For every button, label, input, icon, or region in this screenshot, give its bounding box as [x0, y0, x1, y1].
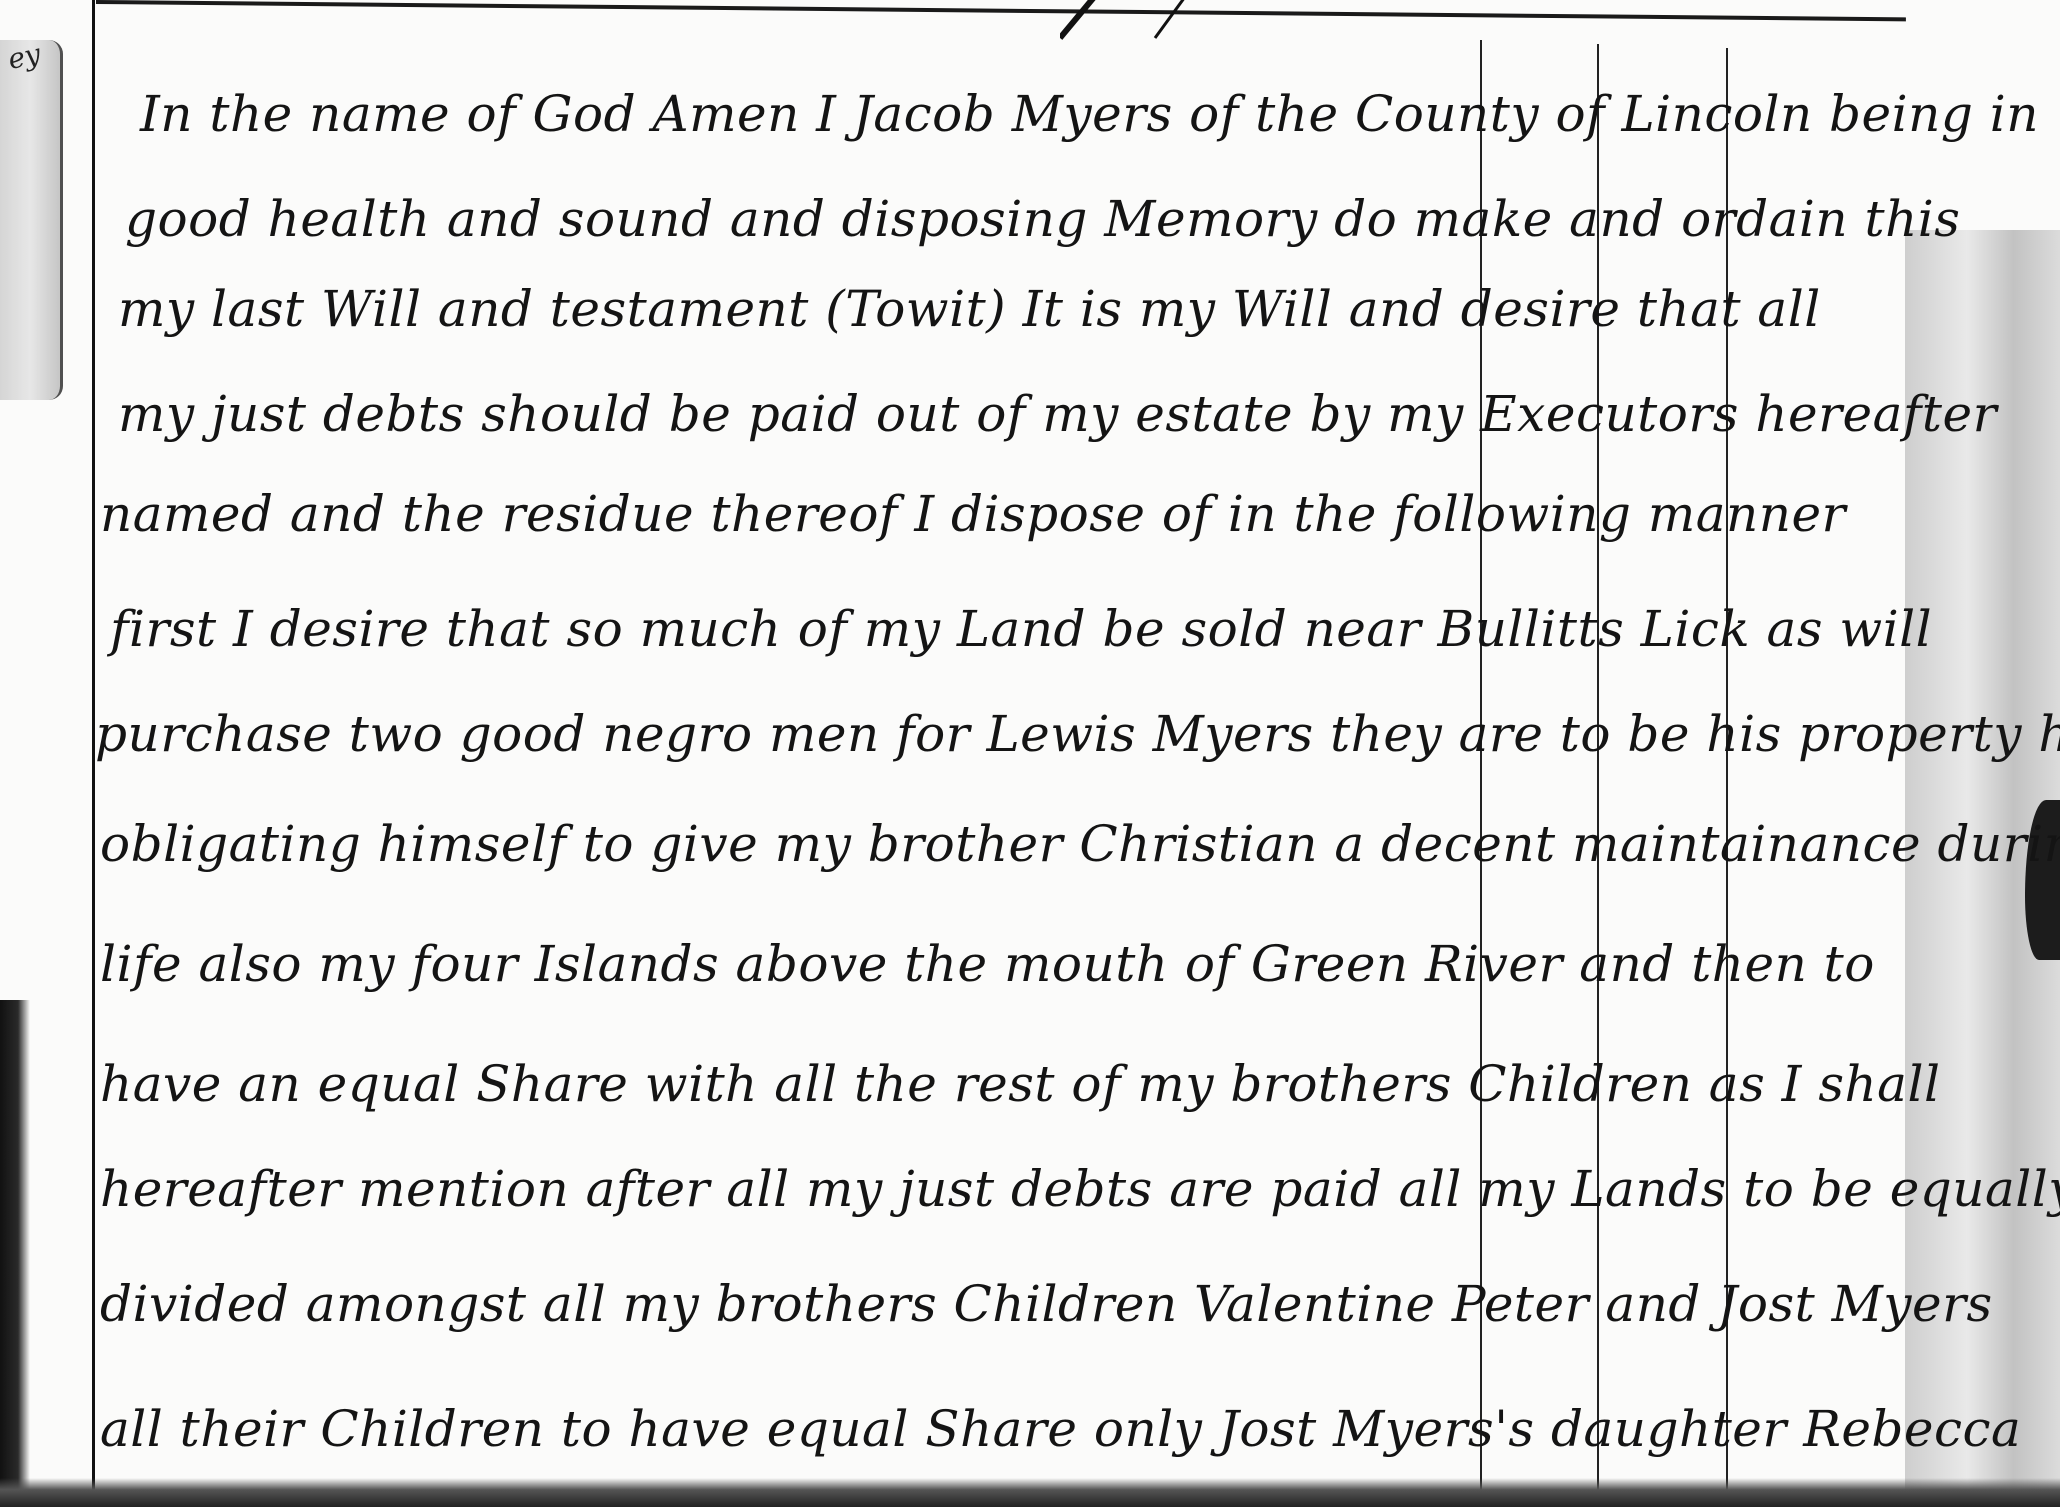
text-line-1: In the name of God Amen I Jacob Myers of…	[140, 85, 2039, 143]
text-line-2: good health and sound and disposing Memo…	[125, 190, 1960, 248]
text-line-7: purchase two good negro men for Lewis My…	[95, 705, 2060, 763]
text-line-5: named and the residue thereof I dispose …	[100, 485, 1846, 543]
text-line-11: hereafter mention after all my just debt…	[100, 1160, 2060, 1218]
text-line-9: life also my four Islands above the mout…	[100, 935, 1875, 993]
text-line-13: all their Children to have equal Share o…	[100, 1400, 2021, 1458]
text-line-4: my just debts should be paid out of my e…	[118, 385, 1997, 443]
document-page: ey In the name of God Amen I Jacob Myers…	[0, 0, 2060, 1507]
text-line-12: divided amongst all my brothers Children…	[100, 1275, 1993, 1333]
text-line-10: have an equal Share with all the rest of…	[100, 1055, 1940, 1113]
text-line-3: my last Will and testament (Towit) It is…	[118, 280, 1821, 338]
text-line-6: first I desire that so much of my Land b…	[110, 600, 1932, 658]
will-text: In the name of God Amen I Jacob Myers of…	[0, 0, 2060, 1507]
text-line-8: obligating himself to give my brother Ch…	[100, 815, 2060, 873]
